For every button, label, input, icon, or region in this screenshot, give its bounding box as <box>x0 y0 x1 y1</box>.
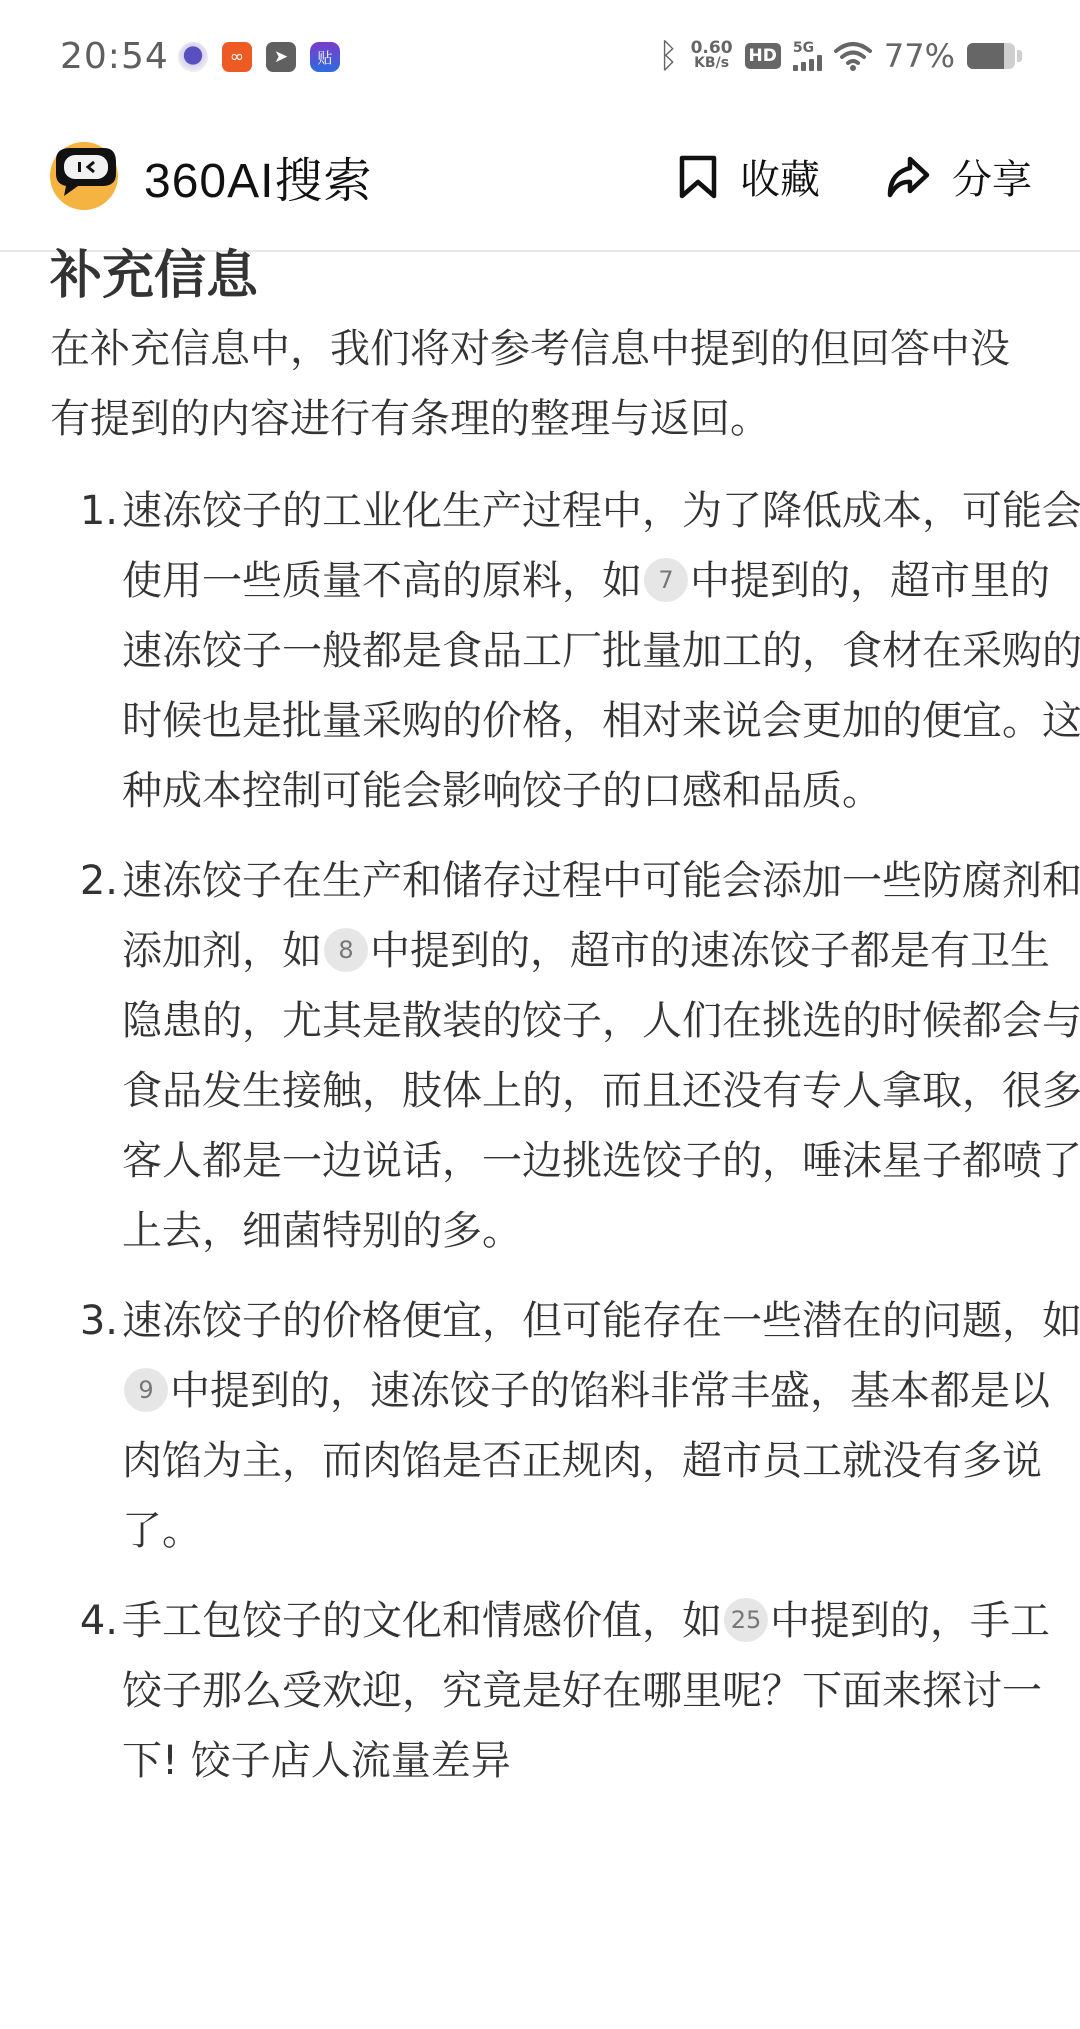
bookmark-icon <box>678 154 718 200</box>
list-item: 3.速冻饺子的价格便宜，但可能存在一些潜在的问题，如9中提到的，速冻饺子的馅料非… <box>50 1286 1080 1566</box>
citation-badge[interactable]: 8 <box>324 928 368 972</box>
brand-title: 360AI搜索 <box>144 142 372 211</box>
hd-voice-icon: HD <box>745 43 781 69</box>
section-title: 补充信息 <box>50 246 1040 306</box>
status-bar: 20:54 ∞ ➤ 贴 ᛒ 0.60 KB/s HD 5G 77% <box>0 0 1080 120</box>
battery-icon <box>967 43 1015 69</box>
section-intro: 在补充信息中，我们将对参考信息中提到的但回答中没有提到的内容进行有条理的整理与返… <box>50 314 1030 454</box>
cellular-signal-icon: 5G <box>793 41 822 71</box>
arrow-app-icon: ➤ <box>266 42 296 72</box>
wifi-icon <box>834 41 872 71</box>
bluetooth-icon: ᛒ <box>658 36 678 76</box>
favorite-button[interactable]: 收藏 <box>678 148 820 205</box>
notification-icons: ∞ ➤ 贴 <box>178 42 340 72</box>
list-item: 2.速冻饺子在生产和储存过程中可能会添加一些防腐剂和添加剂，如8中提到的，超市的… <box>50 846 1080 1266</box>
network-speed: 0.60 KB/s <box>691 41 733 71</box>
clock: 20:54 <box>60 36 169 77</box>
info-list: 1.速冻饺子的工业化生产过程中，为了降低成本，可能会使用一些质量不高的原料，如7… <box>50 476 1040 1796</box>
citation-badge[interactable]: 25 <box>724 1598 768 1642</box>
app-header: 360AI搜索 收藏 分享 <box>0 120 1080 252</box>
kuaishou-app-icon: ∞ <box>222 42 252 72</box>
tieba-app-icon: 贴 <box>310 42 340 72</box>
share-icon <box>884 155 930 199</box>
list-item: 4.手工包饺子的文化和情感价值，如25中提到的，手工饺子那么受欢迎，究竟是好在哪… <box>50 1586 1080 1796</box>
360ai-logo-icon[interactable] <box>48 138 120 210</box>
share-button[interactable]: 分享 <box>884 148 1032 205</box>
battery-percent: 77% <box>884 37 955 75</box>
system-indicators: ᛒ 0.60 KB/s HD 5G 77% <box>658 36 1022 76</box>
citation-badge[interactable]: 7 <box>644 558 688 602</box>
answer-content: 补充信息 在补充信息中，我们将对参考信息中提到的但回答中没有提到的内容进行有条理… <box>50 250 1040 1816</box>
citation-badge[interactable]: 9 <box>124 1368 168 1412</box>
list-item: 1.速冻饺子的工业化生产过程中，为了降低成本，可能会使用一些质量不高的原料，如7… <box>50 476 1080 826</box>
camera-app-icon <box>178 42 208 72</box>
